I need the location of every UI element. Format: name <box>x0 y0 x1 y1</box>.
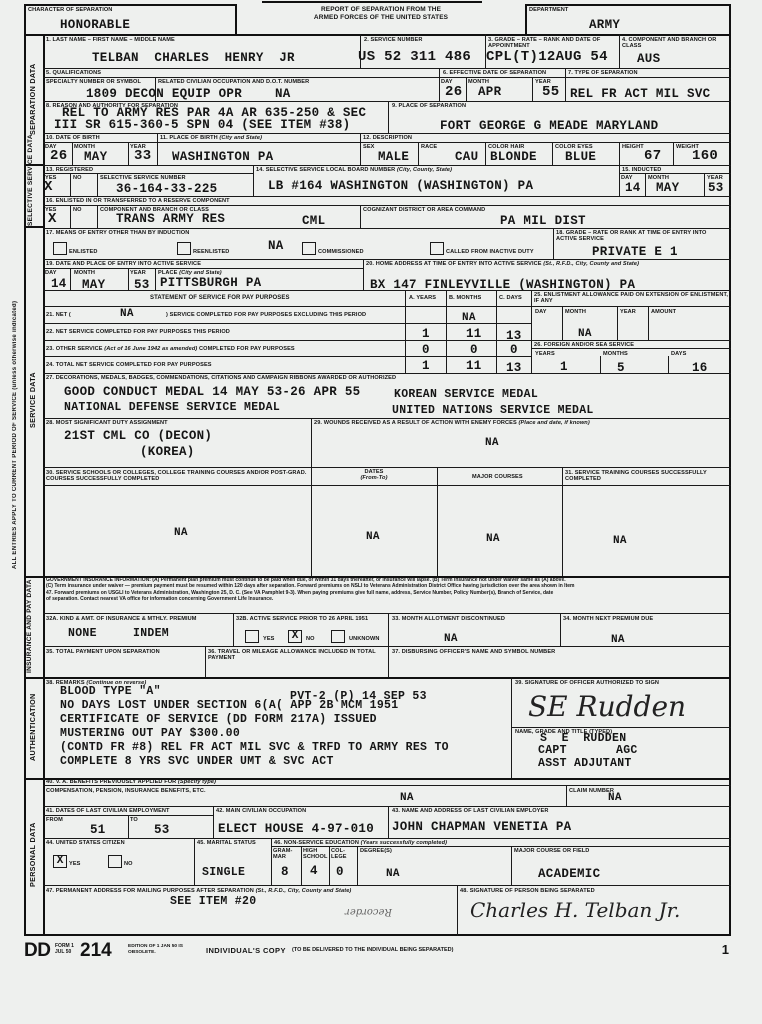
footer-dd: DD <box>24 940 50 962</box>
recorder-stamp: Recorder <box>345 906 392 917</box>
item16-yes-mark: X <box>48 213 57 226</box>
item3-grade-value: CPL(T)12AUG 54 <box>486 51 608 64</box>
item39-label: 39. SIGNATURE OF OFFICER AUTHORIZED TO S… <box>515 680 659 686</box>
reenlisted-checkbox[interactable] <box>177 242 191 255</box>
item20-label-italic: (St., R.F.D., City, County and State) <box>543 261 639 267</box>
reenlisted-option-label: REENLISTED <box>193 249 229 255</box>
col-rule <box>253 165 254 196</box>
insurance-info-line4: of separation. Contact nearest VA office… <box>46 596 728 602</box>
col-rule <box>619 165 620 196</box>
item41-label: 41. DATES OF LAST CIVILIAN EMPLOYMENT <box>46 808 170 814</box>
col-rule <box>562 467 563 576</box>
item12-height: 67 <box>644 150 661 163</box>
item36-label: 36. TRAVEL OR MILEAGE ALLOWANCE INCLUDED… <box>208 649 386 661</box>
item25-year-label: YEAR <box>620 309 636 315</box>
col-rule <box>418 142 419 165</box>
item27-line2a: NATIONAL DEFENSE SERVICE MEDAL <box>64 401 280 414</box>
officer-signature[interactable]: SE Rudden <box>528 690 686 723</box>
item21-net-type: NA <box>120 308 134 321</box>
item13-no-label: NO <box>73 175 82 181</box>
item46-label-text: 46. NON-SERVICE EDUCATION <box>274 840 359 846</box>
citizen-yes-checkbox[interactable]: X <box>53 855 67 868</box>
item12-sex: MALE <box>378 151 409 164</box>
row-rule <box>43 101 731 102</box>
item24-years: 1 <box>422 360 430 373</box>
col-rule <box>329 846 330 885</box>
item30-major-label: MAJOR COURSES <box>472 474 523 480</box>
citizen-no-label: NO <box>124 861 133 867</box>
col-rule <box>311 418 312 467</box>
item14-board-value: LB #164 WASHINGTON (WASHINGTON) PA <box>268 180 533 193</box>
side-label-insurance: INSURANCE AND PAY DATA <box>26 576 42 676</box>
col-rule <box>446 290 447 373</box>
item46-degrees-label: DEGREE(S) <box>360 848 392 854</box>
item28-line1: 21ST CML CO (DECON) <box>64 430 212 443</box>
sub-rule <box>43 340 731 341</box>
item30-dates-italic: (From-To) <box>311 475 437 481</box>
row-rule <box>43 373 731 374</box>
col-rule <box>619 142 620 165</box>
prior-service-yes-checkbox[interactable] <box>245 630 259 643</box>
item23-label-italic: (Act of 16 June 1942 as amended) <box>104 346 197 352</box>
item27-line1b: KOREAN SERVICE MEDAL <box>394 388 538 401</box>
item27-line2b: UNITED NATIONS SERVICE MEDAL <box>392 404 594 417</box>
sub-rule <box>43 306 531 307</box>
row-rule <box>43 165 731 166</box>
item5-civilian-label: RELATED CIVILIAN OCCUPATION AND D.O.T. N… <box>158 79 309 85</box>
item25-amount-label: AMOUNT <box>651 309 676 315</box>
pay-col-days: C. DAYS <box>499 295 522 301</box>
item30-dates-header: DATES (From-To) <box>311 469 437 481</box>
col-rule <box>388 806 389 838</box>
col-rule <box>496 290 497 373</box>
officer-title: ASST ADJUTANT <box>538 757 632 770</box>
col-rule <box>271 838 272 885</box>
sub-rule <box>43 485 731 486</box>
item19-month-label: MONTH <box>74 270 95 276</box>
item8-line2: III SR 615-360-5 SPN 04 (SEE ITEM #38) <box>54 119 350 132</box>
footer-form-number: 214 <box>80 940 112 962</box>
item40-label: 40. V. A. BENEFITS PREVIOUSLY APPLIED FO… <box>46 779 216 785</box>
row-rule <box>43 885 731 886</box>
col-rule <box>357 846 358 885</box>
department-value: ARMY <box>589 19 620 32</box>
sub-rule <box>271 846 731 847</box>
col-rule <box>70 268 71 290</box>
item9-label: 9. PLACE OF SEPARATION <box>392 103 466 109</box>
col-rule <box>233 613 234 646</box>
row-rule <box>43 613 731 614</box>
item16-branch-value: CML <box>302 215 325 228</box>
item13-ssn-label: SELECTIVE SERVICE NUMBER <box>100 175 186 181</box>
item11-label-italic: (City and State) <box>219 135 262 141</box>
item40-label-text: 40. V. A. BENEFITS PREVIOUSLY APPLIED FO… <box>46 779 176 785</box>
item38-line5: (CONTD FR #8) REL FR ACT MIL SVC & TRFD … <box>60 741 449 754</box>
col-rule <box>565 68 566 101</box>
item47-value: SEE ITEM #20 <box>170 895 256 908</box>
item22-days: 13 <box>506 330 522 343</box>
item5-specialty-value: 1809 DECON EQUIP OPR <box>86 88 242 101</box>
col-rule <box>360 133 361 165</box>
item26-months: 5 <box>617 362 625 375</box>
item11-label-text: 11. PLACE OF BIRTH <box>160 135 218 141</box>
item11-place-value: WASHINGTON PA <box>172 151 273 164</box>
item31-value: NA <box>613 535 627 548</box>
prior-service-no-label: NO <box>306 636 315 642</box>
item38-line1a: BLOOD TYPE "A" <box>60 685 161 698</box>
col-rule <box>311 467 312 576</box>
item38-line2: NO DAYS LOST UNDER SECTION 6(A( APP 2B M… <box>60 699 398 712</box>
form-footer: DD FORM 1 JUL 50 214 EDITION OF 1 JAN 50… <box>24 942 731 962</box>
item16-component-value: TRANS ARMY RES <box>116 213 225 226</box>
item38-line3: CERTIFICATE OF SERVICE (DD FORM 217A) IS… <box>60 713 377 726</box>
col-rule <box>600 356 601 373</box>
item4-component-value: AUS <box>637 53 660 66</box>
item23-years: 0 <box>422 344 430 357</box>
item1-label: 1. LAST NAME – FIRST NAME – MIDDLE NAME <box>46 37 175 43</box>
item46-label: 46. NON-SERVICE EDUCATION (Years success… <box>274 840 447 846</box>
item23-days: 0 <box>510 344 518 357</box>
item32a-value2: INDEM <box>133 627 169 640</box>
item15-label: 15. INDUCTED <box>622 167 661 173</box>
col-rule <box>457 885 458 936</box>
footer-page-number: 1 <box>722 942 729 957</box>
col-rule <box>360 205 361 228</box>
item13-yes-mark: X <box>44 181 53 194</box>
item30-major-value: NA <box>486 533 500 546</box>
item26-days: 16 <box>692 362 708 375</box>
item20-label: 20. HOME ADDRESS AT TIME OF ENTRY INTO A… <box>366 261 639 267</box>
item37-label: 37. DISBURSING OFFICER'S NAME AND SYMBOL… <box>392 649 555 655</box>
col-rule <box>405 290 406 373</box>
item11-label: 11. PLACE OF BIRTH (City and State) <box>160 135 262 141</box>
officer-branch: AGC <box>616 744 638 757</box>
prior-service-unknown-label: UNKNOWN <box>349 636 380 642</box>
item46-hs-value: 4 <box>310 865 318 878</box>
sub-rule <box>439 77 731 78</box>
item29-value: NA <box>485 437 499 450</box>
side-label-selective: SELECTIVE SERVICE DATA <box>27 164 41 226</box>
item26-years: 1 <box>560 361 568 374</box>
col-rule <box>128 142 129 165</box>
item25-value: NA <box>578 328 592 341</box>
footer-form-small: FORM 1 JUL 50 <box>55 944 77 955</box>
form-title-line1: REPORT OF SEPARATION FROM THE <box>237 6 525 14</box>
footer-copy-note: (TO BE DELIVERED TO THE INDIVIDUAL BEING… <box>292 947 453 953</box>
item40-value: NA <box>400 792 414 805</box>
sub-rule <box>531 306 731 307</box>
item30-dates-value: NA <box>366 531 380 544</box>
item29-label-text: 29. WOUNDS RECEIVED AS A RESULT OF ACTIO… <box>314 420 517 426</box>
item9-place-value: FORT GEORGE G MEADE MARYLAND <box>440 120 658 133</box>
item35-label: 35. TOTAL PAYMENT UPON SEPARATION <box>46 649 160 655</box>
item30-label: 30. SERVICE SCHOOLS OR COLLEGES, COLLEGE… <box>46 470 308 482</box>
department-label: DEPARTMENT <box>529 7 568 13</box>
item42-value: ELECT HOUSE 4-97-010 <box>218 823 374 836</box>
pay-col-months: B. MONTHS <box>449 295 481 301</box>
citizen-no-checkbox[interactable] <box>108 855 122 868</box>
col-rule <box>552 142 553 165</box>
item21-label-a: 21. NET ( <box>46 312 71 318</box>
side-divider <box>24 226 44 228</box>
item21-label: 21. NET ( <box>46 312 71 318</box>
col-rule <box>97 205 98 228</box>
item34-value: NA <box>611 634 625 647</box>
sub-rule <box>43 356 531 357</box>
col-rule <box>511 846 512 885</box>
side-label-authentication: AUTHENTICATION <box>28 677 40 777</box>
item5-label: 5. QUALIFICATIONS <box>46 70 101 76</box>
col-rule <box>439 68 440 101</box>
item41-to-label: TO <box>130 817 138 823</box>
sub-rule <box>43 323 531 324</box>
item46-college-value: 0 <box>336 866 344 879</box>
col-rule <box>388 101 389 133</box>
sub-rule <box>43 142 731 143</box>
item22-years: 1 <box>422 328 430 341</box>
item15-year: 53 <box>708 182 724 195</box>
item7-label: 7. TYPE OF SEPARATION <box>568 70 638 76</box>
item40-sub-label: COMPENSATION, PENSION, INSURANCE BENEFIT… <box>46 788 206 794</box>
item12-race-label: RACE <box>421 144 437 150</box>
item23-months: 0 <box>470 344 478 357</box>
item17-na-value: NA <box>268 240 284 253</box>
item23-label: 23. OTHER SERVICE (Act of 16 June 1942 a… <box>46 346 295 352</box>
item3-label: 3. GRADE – RATE – RANK AND DATE OF APPOI… <box>488 37 618 49</box>
item6-day: 26 <box>445 86 462 99</box>
item29-label: 29. WOUNDS RECEIVED AS A RESULT OF ACTIO… <box>314 420 590 426</box>
item19-year-label: YEAR <box>130 270 146 276</box>
item5-civilian-value: NA <box>275 88 291 101</box>
enlisted-option-label: ENLISTED <box>69 249 97 255</box>
col-rule <box>619 34 620 68</box>
item4-label: 4. COMPONENT AND BRANCH OR CLASS <box>622 37 730 49</box>
item14-label-italic: (City, County, State) <box>397 167 452 173</box>
item20-label-text: 20. HOME ADDRESS AT TIME OF ENTRY INTO A… <box>366 261 542 267</box>
item12-weight: 160 <box>692 150 718 163</box>
item2-label: 2. SERVICE NUMBER <box>364 37 422 43</box>
pay-col-years: A. YEARS <box>409 295 436 301</box>
item12-eyes: BLUE <box>565 151 596 164</box>
col-rule <box>205 646 206 677</box>
row-rule <box>43 133 731 134</box>
item19-label: 19. DATE AND PLACE OF ENTRY INTO ACTIVE … <box>46 261 201 267</box>
item25-month-label: MONTH <box>565 309 586 315</box>
item1-name-value: TELBAN CHARLES HENRY JR <box>92 52 295 65</box>
side-label-service: SERVICE DATA <box>28 340 40 460</box>
sub-rule <box>511 727 731 728</box>
item31-label: 31. SERVICE TRAINING COURSES SUCCESSFULL… <box>565 470 730 482</box>
item30-schools-value: NA <box>174 527 188 540</box>
item14-label-text: 14. SELECTIVE SERVICE LOCAL BOARD NUMBER <box>256 167 395 173</box>
item47-label-text: 47. PERMANENT ADDRESS FOR MAILING PURPOS… <box>46 888 254 894</box>
item46-major-label: MAJOR COURSE OR FIELD <box>514 848 589 854</box>
item45-value: SINGLE <box>202 866 245 879</box>
col-rule <box>532 77 533 101</box>
col-rule <box>363 259 364 290</box>
sub-rule <box>43 268 363 269</box>
item26-months-label: MONTHS <box>603 351 628 357</box>
item12-label: 12. DESCRIPTION <box>363 135 412 141</box>
item28-line2: (KOREA) <box>140 446 195 459</box>
col-rule <box>301 846 302 885</box>
item17-label: 17. MEANS OF ENTRY OTHER THAN BY INDUCTI… <box>46 230 189 236</box>
item2-service-number: US 52 311 486 <box>358 51 471 64</box>
item21-label-b: ) SERVICE COMPLETED FOR PAY PURPOSES EXC… <box>166 312 366 318</box>
col-rule <box>72 142 73 165</box>
item6-label: 6. EFFECTIVE DATE OF SEPARATION <box>443 70 546 76</box>
item41-to-value: 53 <box>154 824 170 837</box>
citizen-yes-label: YES <box>69 861 81 867</box>
item6-year: 55 <box>542 86 559 99</box>
col-rule <box>466 77 467 101</box>
item19-place-value: PITTSBURGH PA <box>160 277 261 290</box>
item23-label-text2: COMPLETED FOR PAY PURPOSES <box>199 346 295 352</box>
item43-label: 43. NAME AND ADDRESS OF LAST CIVILIAN EM… <box>392 808 548 814</box>
col-rule <box>673 142 674 165</box>
prior-service-yes-label: YES <box>263 636 275 642</box>
prior-service-unknown-checkbox[interactable] <box>331 630 345 643</box>
item38-line6: COMPLETE 8 YRS SVC UNDER UMT & SVC ACT <box>60 755 334 768</box>
row-rule <box>43 418 731 419</box>
item16-district-label: COGNIZANT DISTRICT OR AREA COMMAND <box>363 207 485 213</box>
col-rule <box>617 306 618 340</box>
col-rule <box>566 785 567 806</box>
row-rule <box>43 806 731 807</box>
side-label-personal: PERSONAL DATA <box>28 780 40 930</box>
item12-height-label: HEIGHT <box>622 144 644 150</box>
header-top-rule <box>262 1 482 3</box>
commissioned-checkbox[interactable] <box>302 242 316 255</box>
item16-label: 16. ENLISTED IN OR TRANSFERRED TO A RESE… <box>46 198 230 204</box>
col-rule <box>553 228 554 259</box>
item46-major-value: ACADEMIC <box>538 868 600 881</box>
row-rule <box>43 467 731 468</box>
form-title-line2: ARMED FORCES OF THE UNITED STATES <box>237 14 525 22</box>
item16-district-value: PA MIL DIST <box>500 215 586 228</box>
item26-days-label: DAYS <box>671 351 686 357</box>
item46-hs-label: HIGH SCHOOL <box>303 848 329 860</box>
item25-day-label: DAY <box>535 309 547 315</box>
item32a-value1: NONE <box>68 627 97 640</box>
item12-sex-label: SEX <box>363 144 375 150</box>
item7-type-value: REL FR ACT MIL SVC <box>570 88 710 101</box>
item38-line4: MUSTERING OUT PAY $300.00 <box>60 727 240 740</box>
item44-label: 44. UNITED STATES CITIZEN <box>46 840 125 846</box>
col-rule <box>645 173 646 196</box>
col-rule <box>437 467 438 576</box>
row-rule <box>43 196 731 197</box>
item41-from-label: FROM <box>46 817 63 823</box>
item48-label: 48. SIGNATURE OF PERSON BEING SEPARATED <box>460 888 595 894</box>
item32b-label: 32B. ACTIVE SERVICE PRIOR TO 26 APRIL 19… <box>236 616 386 622</box>
item32a-label: 32A. KIND & AMT. OF INSURANCE & MTHLY. P… <box>46 616 197 622</box>
col-rule <box>388 613 389 677</box>
item16-no-label: NO <box>73 207 82 213</box>
footer-copy-bold: INDIVIDUAL'S COPY <box>206 946 286 955</box>
side-note-all-entries: ALL ENTRIES APPLY TO CURRENT PERIOD OF S… <box>12 250 22 620</box>
item13-ssn-value: 36-164-33-225 <box>116 183 217 196</box>
item21-months: NA <box>462 312 476 325</box>
item22-label: 22. NET SERVICE COMPLETED FOR PAY PURPOS… <box>46 329 230 335</box>
item34-label: 34. MONTH NEXT PREMIUM DUE <box>563 616 653 622</box>
item47-label: 47. PERMANENT ADDRESS FOR MAILING PURPOS… <box>46 888 351 894</box>
section-rule <box>43 677 731 679</box>
item10-day: 26 <box>50 150 67 163</box>
item10-label: 10. DATE OF BIRTH <box>46 135 100 141</box>
sub-rule <box>43 785 731 786</box>
item22-months: 11 <box>466 328 482 341</box>
item18-grade-value: PRIVATE E 1 <box>592 246 678 259</box>
item47-label-italic: (St., R.F.D., City, County and State) <box>256 888 352 894</box>
item41-from-value: 51 <box>90 824 106 837</box>
called-from-inactive-checkbox[interactable] <box>430 242 444 255</box>
col-rule <box>531 290 532 373</box>
footer-edition: EDITION OF 1 JAN 50 IS OBSOLETE. <box>128 944 188 955</box>
col-rule <box>70 173 71 196</box>
item5-specialty-label: SPECIALTY NUMBER OR SYMBOL <box>46 79 141 85</box>
item40-label-italic: (Specify type) <box>178 779 216 785</box>
row-rule <box>43 68 731 69</box>
item15-day: 14 <box>625 182 641 195</box>
item33-value: NA <box>444 633 458 646</box>
item10-month: MAY <box>84 151 107 164</box>
character-of-separation-label: CHARACTER OF SEPARATION <box>28 7 112 13</box>
enlisted-checkbox[interactable] <box>53 242 67 255</box>
item23-label-text: 23. OTHER SERVICE <box>46 346 103 352</box>
col-rule <box>213 806 214 838</box>
called-from-inactive-label: CALLED FROM INACTIVE DUTY <box>446 249 534 255</box>
item43-value: JOHN CHAPMAN VENETIA PA <box>392 821 571 834</box>
separatee-signature[interactable]: Charles H. Telban Jr. <box>470 898 680 922</box>
col-rule <box>194 838 195 885</box>
item25-label: 25. ENLISTMENT ALLOWANCE PAID ON EXTENSI… <box>534 292 729 304</box>
row-rule <box>43 646 731 647</box>
item28-label: 28. MOST SIGNIFICANT DUTY ASSIGNMENT <box>46 420 168 426</box>
item30-dates-italic-text: (From-To) <box>360 475 387 481</box>
item10-year: 33 <box>134 150 151 163</box>
item24-label: 24. TOTAL NET SERVICE COMPLETED FOR PAY … <box>46 362 212 368</box>
item18-label: 18. GRADE – RATE OR RANK AT TIME OF ENTR… <box>556 230 728 242</box>
item46-grammar-value: 8 <box>281 866 289 879</box>
item14-label: 14. SELECTIVE SERVICE LOCAL BOARD NUMBER… <box>256 167 452 173</box>
col-rule <box>128 268 129 290</box>
item40-claim-value: NA <box>608 792 622 805</box>
item33-label: 33. MONTH ALLOTMENT DISCONTINUED <box>392 616 505 622</box>
item6-month: APR <box>478 86 501 99</box>
item46-college-label: COL-LEGE <box>331 848 355 860</box>
item12-race: CAU <box>455 151 478 164</box>
sub-rule <box>619 173 731 174</box>
col-rule <box>562 306 563 340</box>
item19-day-label: DAY <box>45 270 57 276</box>
item46-label-italic: (Years successfully completed) <box>361 840 447 846</box>
prior-service-no-checkbox[interactable]: X <box>288 630 302 643</box>
officer-grade: CAPT <box>538 744 567 757</box>
item15-month: MAY <box>656 182 679 195</box>
row-rule <box>43 228 731 229</box>
item12-hair: BLONDE <box>490 151 537 164</box>
commissioned-option-label: COMMISSIONED <box>318 249 364 255</box>
col-rule <box>704 173 705 196</box>
item27-label: 27. DECORATIONS, MEDALS, BADGES, COMMEND… <box>46 375 396 381</box>
item26-label: 26. FOREIGN AND/OR SEA SERVICE <box>534 342 634 348</box>
col-rule <box>157 133 158 165</box>
item24-months: 11 <box>466 360 482 373</box>
character-of-separation-value: HONORABLE <box>60 19 130 32</box>
col-rule <box>485 142 486 165</box>
row-rule <box>43 838 731 839</box>
